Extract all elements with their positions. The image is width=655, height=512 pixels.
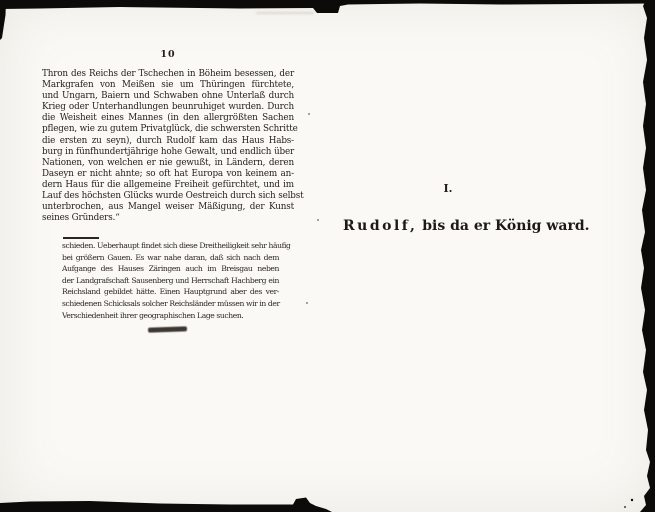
footnote-separator-rule <box>63 237 99 239</box>
scan-smudge <box>256 12 314 14</box>
text-line: unterbrochen, aus Mangel weiser Mäßigung… <box>42 202 294 213</box>
text-line: Reichsland gebildet hätte. Einen Hauptgr… <box>62 286 279 298</box>
text-line: Aufgange des Hauses Zäringen auch im Bre… <box>62 263 279 275</box>
chapter-number: I. <box>343 182 553 195</box>
text-line: schiedenen Schicksals solcher Reichsländ… <box>62 298 279 310</box>
text-line: Nationen, von welchen er nie gewußt, in … <box>42 158 294 169</box>
text-line: Thron des Reichs der Tschechen in Böheim… <box>42 69 294 80</box>
body-text-block: Thron des Reichs der Tschechen in Böheim… <box>42 69 294 224</box>
text-line: burg in fünfhundertjährige hohe Gewalt, … <box>42 147 294 158</box>
text-line: Verschiedenheit ihrer geographischen Lag… <box>62 310 279 322</box>
paper-speck <box>306 302 308 304</box>
text-line: und Ungarn, Baiern und Schwaben ohne Unt… <box>42 91 294 102</box>
chapter-title-rest: bis da er König ward. <box>422 218 589 234</box>
chapter-title-name: Rudolf, <box>343 218 417 234</box>
text-line: die ersten zu seyn), durch Rudolf kam da… <box>42 136 294 147</box>
text-line: Daseyn er nicht ahnte; so oft hat Europa… <box>42 169 294 180</box>
page-number: 10 <box>42 49 294 60</box>
text-line: Markgrafen von Meißen sie um Thüringen f… <box>42 80 294 91</box>
text-line: pflegen, wie zu gutem Privatglück, die s… <box>42 124 294 135</box>
text-line: dern Haus für die allgemeine Freiheit ge… <box>42 180 294 191</box>
text-line: seines Gründers.“ <box>42 213 294 224</box>
paper-speck <box>317 219 319 221</box>
text-line: Lauf des höchsten Glücks wurde Oestreich… <box>42 191 294 202</box>
footnote-block: schieden. Ueberhaupt findet sich diese D… <box>62 240 279 321</box>
text-line: die Weisheit eines Mannes (in den allerg… <box>42 113 294 124</box>
text-line: schieden. Ueberhaupt findet sich diese D… <box>62 240 279 252</box>
text-line: der Landgrafschaft Sausenberg und Herrsc… <box>62 275 279 287</box>
text-line: bei größern Gauen. Es war nahe daran, da… <box>62 252 279 264</box>
chapter-title: Rudolf, bis da er König ward. <box>343 218 553 234</box>
paper-speck <box>308 113 310 115</box>
book-scan: 10 Thron des Reichs der Tschechen in Böh… <box>0 0 655 512</box>
text-line: Krieg oder Unterhandlungen beunruhiget w… <box>42 102 294 113</box>
ink-smudge-mark <box>148 326 187 332</box>
